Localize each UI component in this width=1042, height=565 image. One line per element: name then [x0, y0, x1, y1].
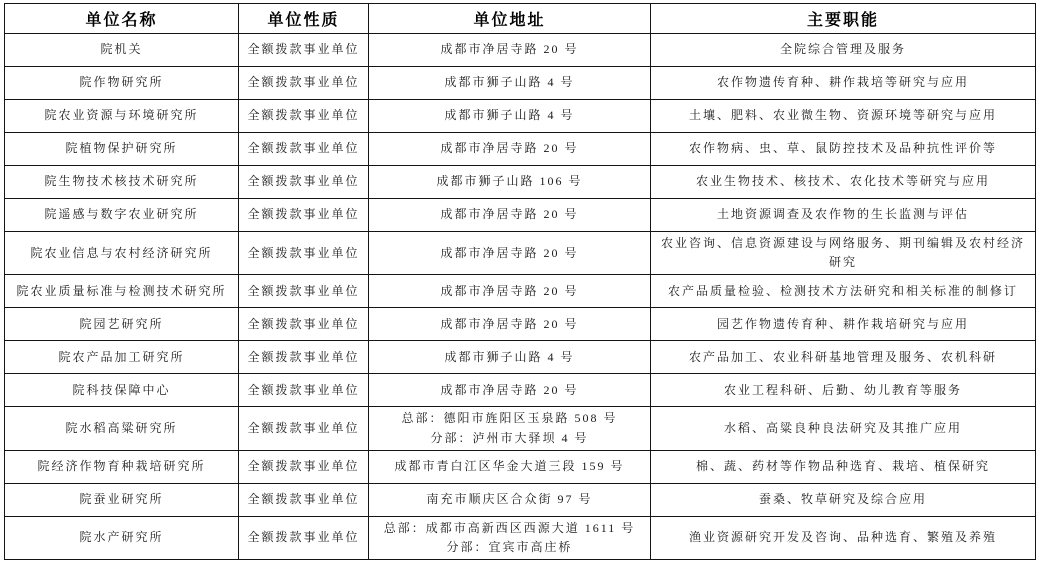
table-row: 院园艺研究所全额拨款事业单位成都市净居寺路 20 号园艺作物遗传育种、耕作栽培研…: [5, 308, 1036, 341]
main-functions-cell: 农作物病、虫、草、鼠防控技术及品种抗性评价等: [651, 133, 1036, 166]
table-row: 院农业信息与农村经济研究所全额拨款事业单位成都市净居寺路 20 号农业咨询、信息…: [5, 232, 1036, 275]
unit-name-cell: 院农业质量标准与检测技术研究所: [5, 275, 239, 308]
unit-nature-cell: 全额拨款事业单位: [239, 67, 369, 100]
table-row: 院生物技术核技术研究所全额拨款事业单位成都市狮子山路 106 号农业生物技术、核…: [5, 166, 1036, 199]
table-row: 院农业质量标准与检测技术研究所全额拨款事业单位成都市净居寺路 20 号农产品质量…: [5, 275, 1036, 308]
unit-name-cell: 院农业资源与环境研究所: [5, 100, 239, 133]
table-body: 院机关全额拨款事业单位成都市净居寺路 20 号全院综合管理及服务院作物研究所全额…: [5, 34, 1036, 560]
unit-name-cell: 院农产品加工研究所: [5, 341, 239, 374]
unit-nature-cell: 全额拨款事业单位: [239, 34, 369, 67]
unit-nature-cell: 全额拨款事业单位: [239, 407, 369, 450]
main-functions-cell: 农产品质量检验、检测技术方法研究和相关标准的制修订: [651, 275, 1036, 308]
main-functions-cell: 土壤、肥料、农业微生物、资源环境等研究与应用: [651, 100, 1036, 133]
unit-address-cell: 成都市净居寺路 20 号: [369, 308, 651, 341]
unit-nature-cell: 全额拨款事业单位: [239, 166, 369, 199]
unit-name-cell: 院机关: [5, 34, 239, 67]
main-functions-cell: 农业生物技术、核技术、农化技术等研究与应用: [651, 166, 1036, 199]
unit-name-cell: 院水稻高粱研究所: [5, 407, 239, 450]
unit-address-cell: 成都市净居寺路 20 号: [369, 275, 651, 308]
unit-name-cell: 院科技保障中心: [5, 374, 239, 407]
unit-nature-cell: 全额拨款事业单位: [239, 374, 369, 407]
main-functions-cell: 棉、蔬、药材等作物品种选育、栽培、植保研究: [651, 450, 1036, 483]
header-unit-address: 单位地址: [369, 4, 651, 34]
unit-address-cell: 成都市狮子山路 4 号: [369, 341, 651, 374]
page: 单位名称 单位性质 单位地址 主要职能 院机关全额拨款事业单位成都市净居寺路 2…: [0, 0, 1042, 565]
unit-name-cell: 院植物保护研究所: [5, 133, 239, 166]
main-functions-cell: 农作物遗传育种、耕作栽培等研究与应用: [651, 67, 1036, 100]
header-unit-name: 单位名称: [5, 4, 239, 34]
unit-name-cell: 院作物研究所: [5, 67, 239, 100]
unit-address-cell: 成都市净居寺路 20 号: [369, 199, 651, 232]
unit-nature-cell: 全额拨款事业单位: [239, 341, 369, 374]
unit-address-cell: 成都市青白江区华金大道三段 159 号: [369, 450, 651, 483]
table-row: 院植物保护研究所全额拨款事业单位成都市净居寺路 20 号农作物病、虫、草、鼠防控…: [5, 133, 1036, 166]
unit-name-cell: 院经济作物育种栽培研究所: [5, 450, 239, 483]
main-functions-cell: 全院综合管理及服务: [651, 34, 1036, 67]
table-row: 院农业资源与环境研究所全额拨款事业单位成都市狮子山路 4 号土壤、肥料、农业微生…: [5, 100, 1036, 133]
table-row: 院水产研究所全额拨款事业单位总部：成都市高新西区西源大道 1611 号 分部：宜…: [5, 516, 1036, 559]
header-row: 单位名称 单位性质 单位地址 主要职能: [5, 4, 1036, 34]
unit-nature-cell: 全额拨款事业单位: [239, 483, 369, 516]
unit-address-cell: 总部：成都市高新西区西源大道 1611 号 分部：宜宾市高庄桥: [369, 516, 651, 559]
unit-nature-cell: 全额拨款事业单位: [239, 232, 369, 275]
table-row: 院水稻高粱研究所全额拨款事业单位总部：德阳市旌阳区玉泉路 508 号 分部：泸州…: [5, 407, 1036, 450]
main-functions-cell: 园艺作物遗传育种、耕作栽培研究与应用: [651, 308, 1036, 341]
unit-name-cell: 院水产研究所: [5, 516, 239, 559]
unit-nature-cell: 全额拨款事业单位: [239, 275, 369, 308]
unit-address-cell: 总部：德阳市旌阳区玉泉路 508 号 分部：泸州市大驿坝 4 号: [369, 407, 651, 450]
main-functions-cell: 农业工程科研、后勤、幼儿教育等服务: [651, 374, 1036, 407]
unit-address-cell: 成都市净居寺路 20 号: [369, 232, 651, 275]
table-row: 院农产品加工研究所全额拨款事业单位成都市狮子山路 4 号农产品加工、农业科研基地…: [5, 341, 1036, 374]
unit-nature-cell: 全额拨款事业单位: [239, 100, 369, 133]
main-functions-cell: 农产品加工、农业科研基地管理及服务、农机科研: [651, 341, 1036, 374]
main-functions-cell: 水稻、高粱良种良法研究及其推广应用: [651, 407, 1036, 450]
unit-address-cell: 成都市净居寺路 20 号: [369, 34, 651, 67]
unit-nature-cell: 全额拨款事业单位: [239, 199, 369, 232]
unit-address-cell: 成都市狮子山路 106 号: [369, 166, 651, 199]
unit-address-cell: 成都市净居寺路 20 号: [369, 133, 651, 166]
unit-name-cell: 院园艺研究所: [5, 308, 239, 341]
main-functions-cell: 农业咨询、信息资源建设与网络服务、期刊编辑及农村经济研究: [651, 232, 1036, 275]
unit-address-cell: 成都市狮子山路 4 号: [369, 100, 651, 133]
units-table: 单位名称 单位性质 单位地址 主要职能 院机关全额拨款事业单位成都市净居寺路 2…: [4, 3, 1036, 560]
unit-nature-cell: 全额拨款事业单位: [239, 450, 369, 483]
header-unit-nature: 单位性质: [239, 4, 369, 34]
table-row: 院科技保障中心全额拨款事业单位成都市净居寺路 20 号农业工程科研、后勤、幼儿教…: [5, 374, 1036, 407]
unit-name-cell: 院遥感与数字农业研究所: [5, 199, 239, 232]
unit-nature-cell: 全额拨款事业单位: [239, 133, 369, 166]
unit-nature-cell: 全额拨款事业单位: [239, 308, 369, 341]
table-row: 院经济作物育种栽培研究所全额拨款事业单位成都市青白江区华金大道三段 159 号棉…: [5, 450, 1036, 483]
unit-name-cell: 院生物技术核技术研究所: [5, 166, 239, 199]
table-row: 院遥感与数字农业研究所全额拨款事业单位成都市净居寺路 20 号土地资源调查及农作…: [5, 199, 1036, 232]
main-functions-cell: 土地资源调查及农作物的生长监测与评估: [651, 199, 1036, 232]
unit-address-cell: 成都市净居寺路 20 号: [369, 374, 651, 407]
unit-name-cell: 院农业信息与农村经济研究所: [5, 232, 239, 275]
unit-name-cell: 院蚕业研究所: [5, 483, 239, 516]
unit-address-cell: 南充市顺庆区合众街 97 号: [369, 483, 651, 516]
unit-address-cell: 成都市狮子山路 4 号: [369, 67, 651, 100]
unit-nature-cell: 全额拨款事业单位: [239, 516, 369, 559]
main-functions-cell: 蚕桑、牧草研究及综合应用: [651, 483, 1036, 516]
header-main-functions: 主要职能: [651, 4, 1036, 34]
table-row: 院蚕业研究所全额拨款事业单位南充市顺庆区合众街 97 号蚕桑、牧草研究及综合应用: [5, 483, 1036, 516]
main-functions-cell: 渔业资源研究开发及咨询、品种选育、繁殖及养殖: [651, 516, 1036, 559]
table-row: 院机关全额拨款事业单位成都市净居寺路 20 号全院综合管理及服务: [5, 34, 1036, 67]
table-row: 院作物研究所全额拨款事业单位成都市狮子山路 4 号农作物遗传育种、耕作栽培等研究…: [5, 67, 1036, 100]
